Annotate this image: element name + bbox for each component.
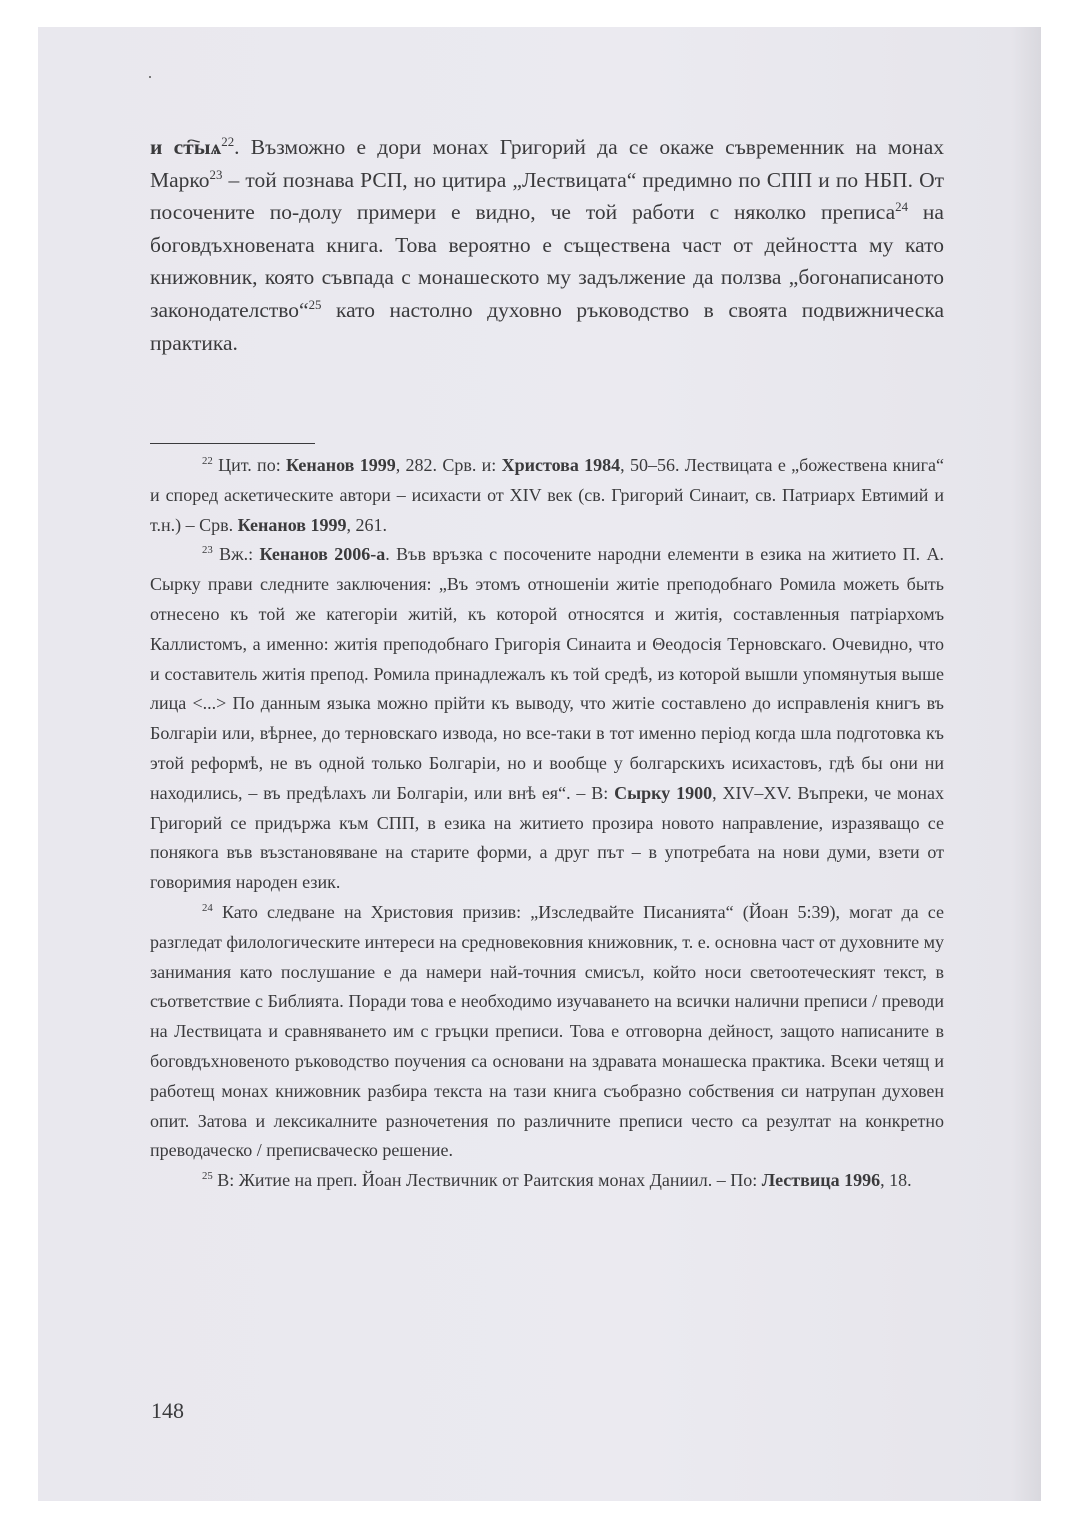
text-run: , 282. Срв. и: (396, 455, 502, 475)
footnote-separator (150, 443, 315, 444)
footnote-25: 25 В: Житие на преп. Йоан Лествичник от … (150, 1166, 944, 1196)
footnote-22: 22 Цит. по: Кенанов 1999, 282. Срв. и: Х… (150, 451, 944, 540)
bold-reference: Кенанов 1999 (286, 455, 396, 475)
main-text: и ст҇ыѧ22. Възможно е дори монах Григори… (150, 131, 944, 359)
bold-reference: Кенанов 2006-а (260, 544, 386, 564)
text-run: Вж.: (213, 544, 260, 564)
text-run: , 261. (347, 515, 388, 535)
footnote-number: 24 (202, 902, 213, 914)
footnote-number: 23 (202, 544, 213, 556)
bold-reference: и ст҇ыѧ (150, 135, 221, 159)
text-run: – той познава РСП, но цитира „Лествицата… (150, 168, 944, 225)
footnote-ref[interactable]: 24 (895, 200, 908, 214)
bold-reference: Христова 1984 (502, 455, 621, 475)
text-run: Цит. по: (213, 455, 286, 475)
footnote-number: 22 (202, 455, 213, 467)
body-paragraph: и ст҇ыѧ22. Възможно е дори монах Григори… (150, 131, 944, 359)
footnotes: 22 Цит. по: Кенанов 1999, 282. Срв. и: Х… (150, 451, 944, 1196)
footnote-24: 24 Като следване на Христовия призив: „И… (150, 898, 944, 1166)
text-run: Като следване на Христовия призив: „Изсл… (150, 902, 944, 1160)
text-run: В: Житие на преп. Йоан Лествичник от Раи… (213, 1170, 762, 1190)
bold-reference: Кенанов 1999 (238, 515, 347, 535)
text-run: . Във връзка с посочените народни елемен… (150, 544, 944, 802)
footnote-ref[interactable]: 23 (210, 167, 223, 181)
footnote-ref[interactable]: 25 (309, 298, 322, 312)
text-run: , 18. (880, 1170, 912, 1190)
footnote-number: 25 (202, 1170, 213, 1182)
bold-reference: Сырку 1900 (614, 783, 712, 803)
bold-reference: Лествица 1996 (762, 1170, 880, 1190)
footnote-23: 23 Вж.: Кенанов 2006-а. Във връзка с пос… (150, 540, 944, 898)
footnote-ref[interactable]: 22 (221, 135, 234, 149)
page-number: 148 (151, 1398, 184, 1424)
scan-speck (149, 76, 151, 78)
